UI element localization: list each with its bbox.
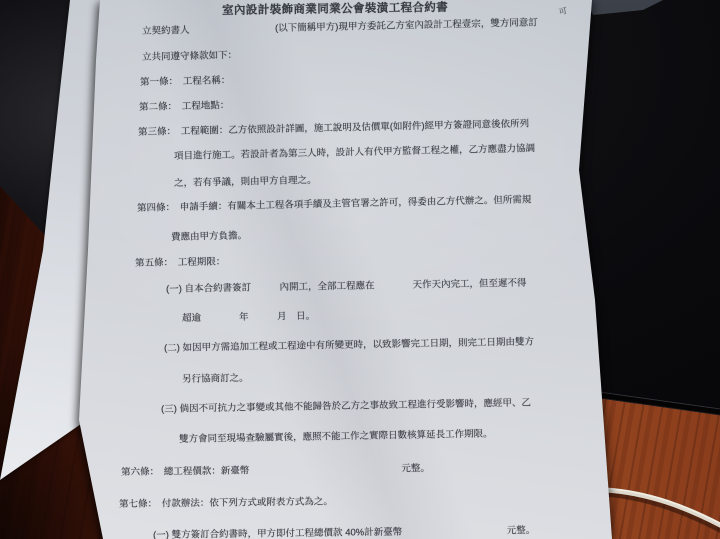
- contract-line-5-item-1-end: 超逾 年 月 日。: [182, 311, 315, 325]
- contract-line-article-1: 第一條： 工程名稱：: [140, 75, 231, 89]
- contract-line-article-4-end: 費應由甲方負擔。: [171, 230, 247, 244]
- contract-line-preamble: 立共同遵守條款如下：: [142, 50, 237, 64]
- contract-line-article-2: 第二條： 工程地點：: [139, 100, 230, 114]
- contract-line-article-5: 第五條： 工程期限：: [135, 256, 225, 270]
- contract-sheet: [0, 0, 720, 539]
- contract-line-5-item-2-end: 另行協商訂之。: [182, 373, 249, 386]
- photo-of-contract-document: 室內設計裝飾商業同業公會裝潢工程合約書 可 立契約書人 (以下簡稱甲方)現甲方委…: [0, 0, 720, 539]
